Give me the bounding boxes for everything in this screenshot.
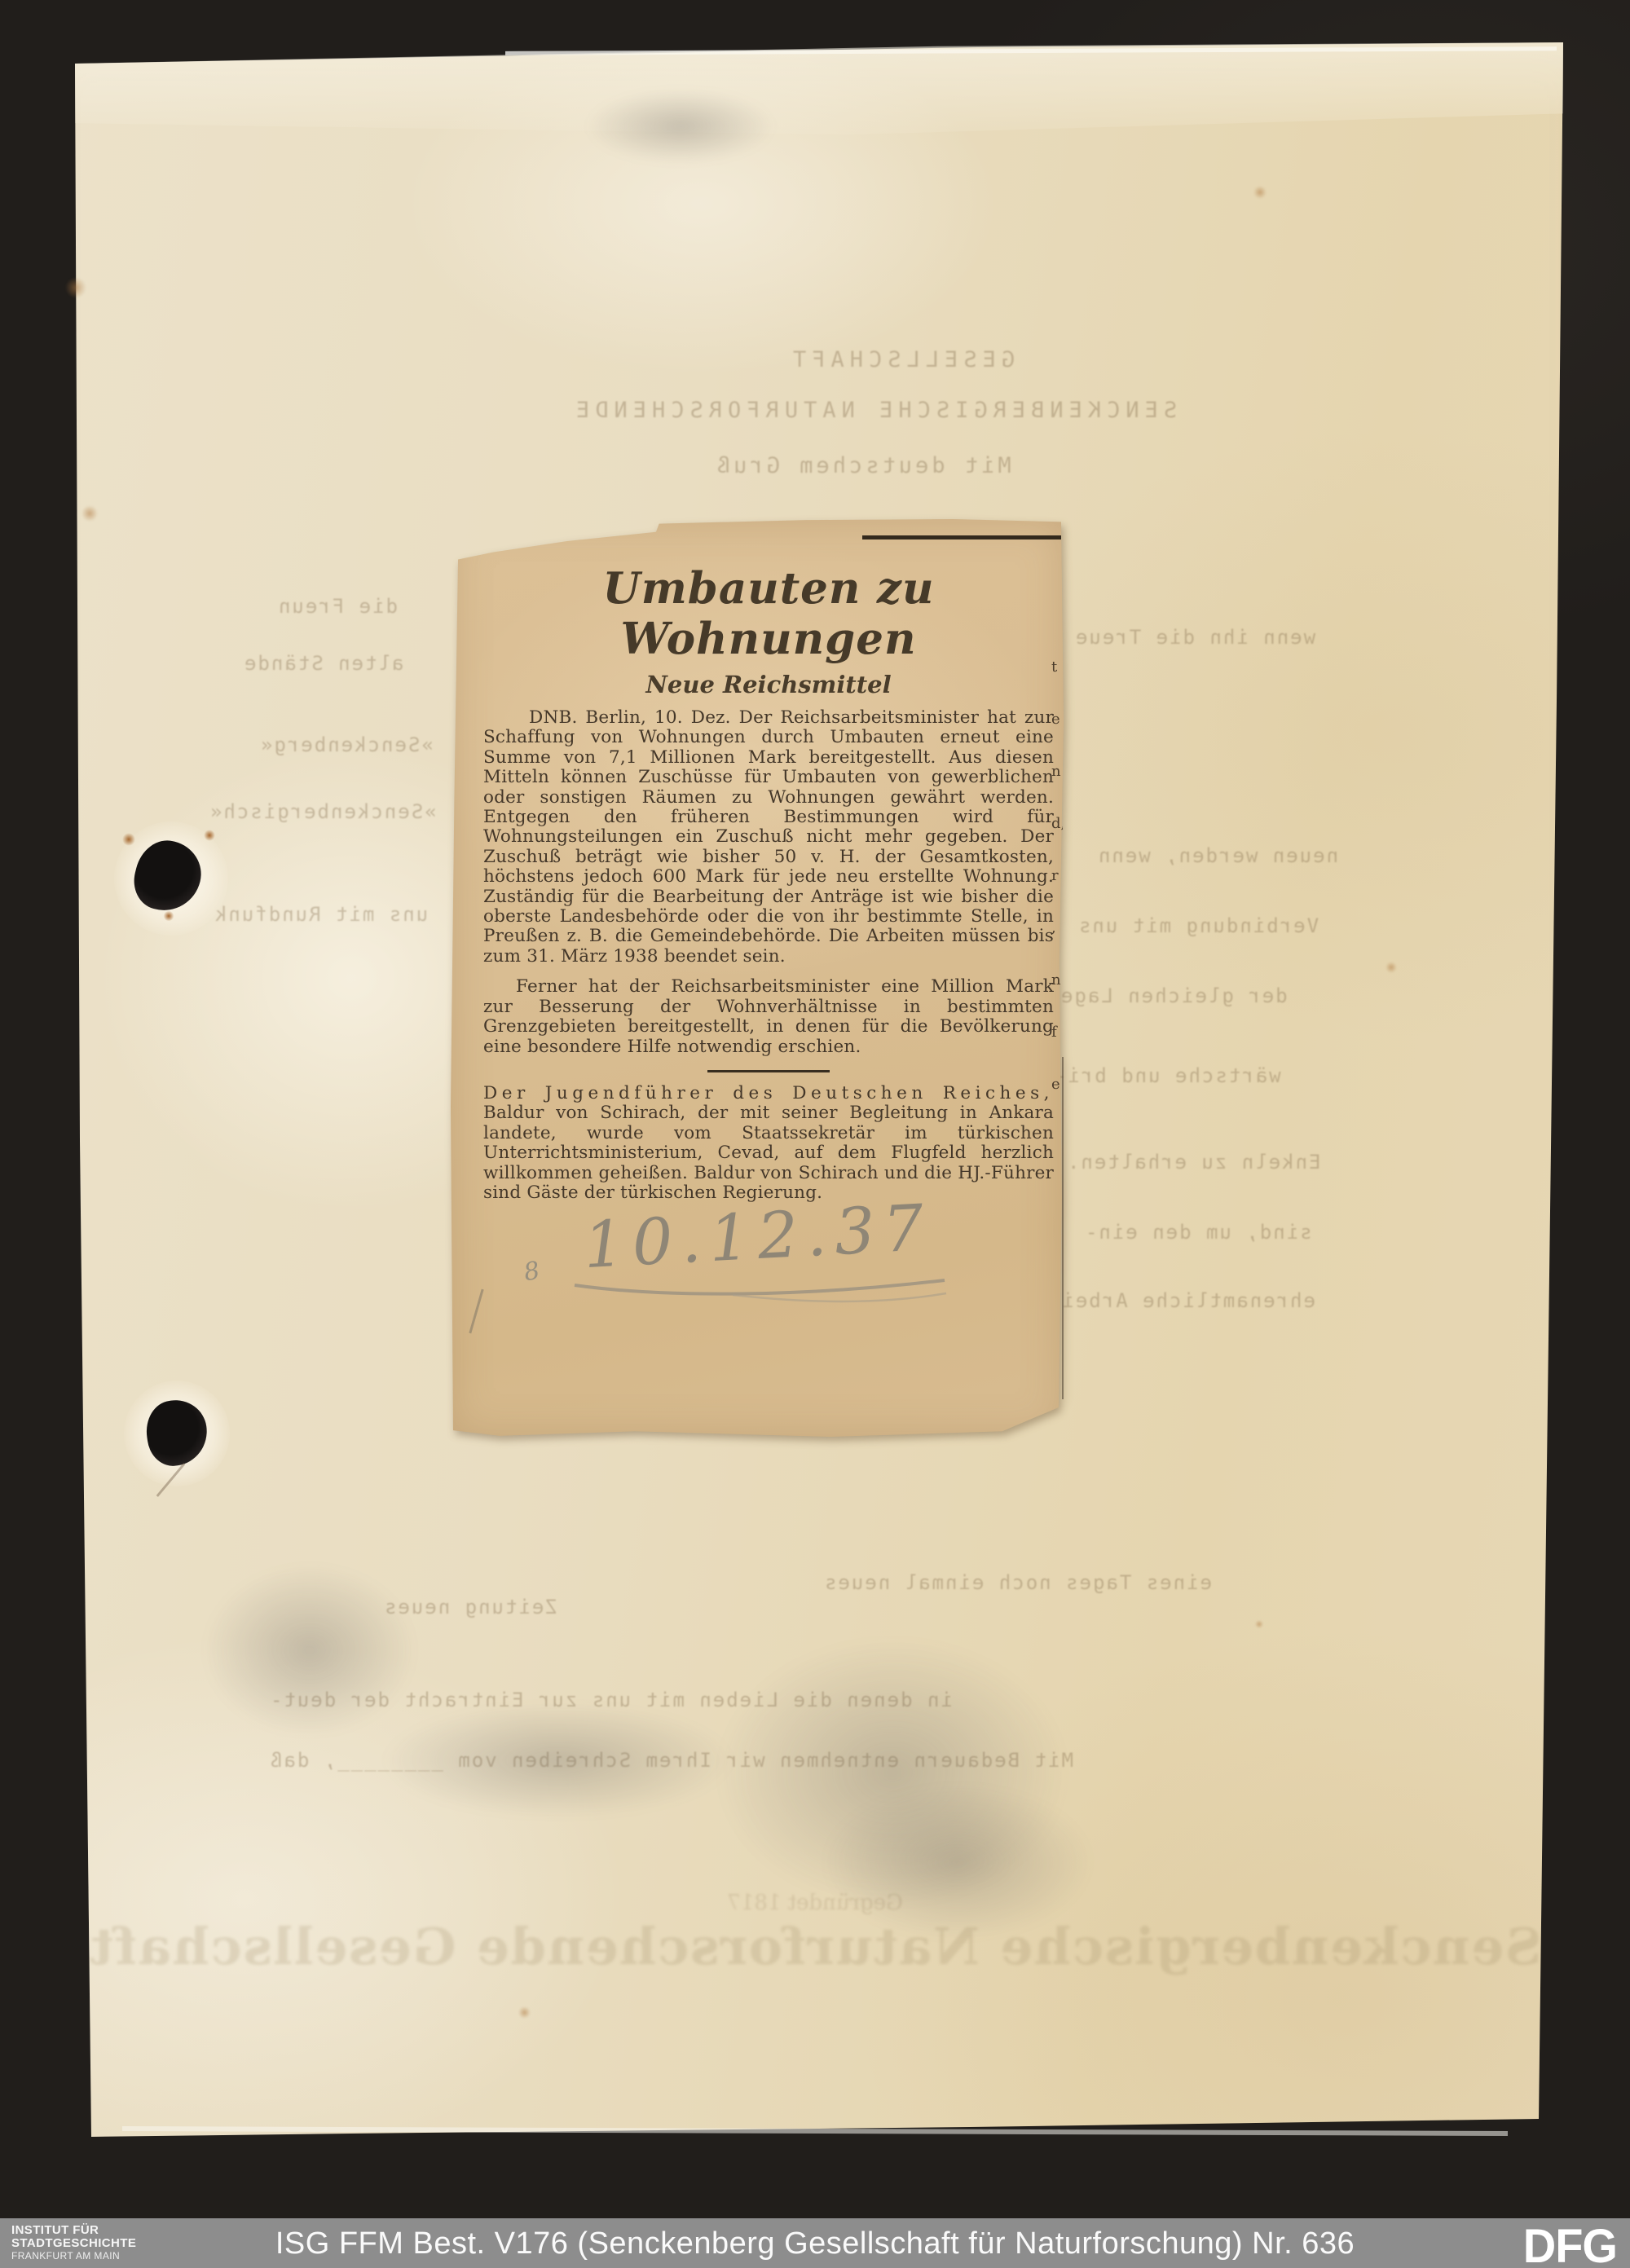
- clipping-headline: Umbauten zu Wohnungen: [483, 563, 1054, 664]
- clipping-cut-character: t: [1051, 641, 1063, 694]
- clipping-cut-character: r: [1051, 850, 1063, 902]
- foxing-spot: [1385, 962, 1397, 973]
- archive-reference-label: ISG FFM Best. V176 (Senckenberg Gesellsc…: [0, 2226, 1630, 2261]
- bleedthrough-typed-line: die Freun: [277, 595, 398, 618]
- foxing-spot: [518, 2006, 531, 2019]
- clipping-cut-characters: tend,r,nfe: [1051, 641, 1063, 1098]
- archive-footer-bar: INSTITUT FÜR STADTGESCHICHTE FRANKFURT A…: [0, 2218, 1630, 2268]
- clipping-paragraph: Der Jugendführer des Deutschen Reiches, …: [483, 1084, 1054, 1203]
- clipping-paragraph: Ferner hat der Reichsarbeitsminister ein…: [483, 977, 1054, 1057]
- foxing-spot: [65, 277, 86, 298]
- bleedthrough-typed-line: uns mit Rundfunk: [214, 903, 428, 926]
- clipping-cut-character: ,: [1051, 902, 1063, 954]
- bleedthrough-typed-line: Mit deutschem Gruß: [714, 453, 1011, 478]
- bleedthrough-typed-line: GESELLSCHAFT: [787, 347, 1015, 372]
- smudge-stain: [204, 1565, 416, 1736]
- newspaper-clipping: Umbauten zu Wohnungen Neue Reichsmittel …: [451, 519, 1064, 1437]
- bleedthrough-typed-line: Zeitung neues: [383, 1596, 557, 1618]
- rust-spot: [122, 833, 135, 846]
- bleedthrough-typed-line: sind, um den ein-: [1084, 1221, 1312, 1244]
- clipping-paragraph: DNB. Berlin, 10. Dez. Der Reichsarbeitsm…: [483, 708, 1054, 967]
- bleedthrough-typed-line: wenn ihn die Treue: [1074, 626, 1315, 649]
- bleedthrough-organization-line: Senckenbergische Naturforschende Gesells…: [0, 1917, 1630, 1976]
- bleedthrough-typed-line: »Senckenberg«: [259, 733, 434, 756]
- bleedthrough-founded-line: Gegründet 1817: [0, 1891, 1630, 1915]
- foxing-spot: [81, 505, 98, 522]
- clipping-subheadline: Neue Reichsmittel: [483, 671, 1054, 698]
- rust-spot: [163, 911, 174, 921]
- handwritten-date-underline: [570, 1271, 961, 1308]
- bleedthrough-typed-line: alten Stände: [243, 652, 403, 675]
- bleedthrough-typed-line: Verbindung mit uns: [1077, 914, 1319, 937]
- foxing-spot: [1253, 186, 1267, 199]
- bleedthrough-typed-line: ehrenamtliche Arbeit: [1047, 1289, 1315, 1312]
- foxing-spot: [1255, 1620, 1263, 1628]
- clipping-cut-character: n: [1051, 954, 1063, 1006]
- clipping-body: DNB. Berlin, 10. Dez. Der Reichsarbeitsm…: [483, 708, 1054, 1203]
- scan-stage: GESELLSCHAFTSENCKENBERGISCHE NATURFORSCH…: [0, 0, 1630, 2268]
- clipping-cut-edge-line: [1062, 1057, 1064, 1399]
- smudge-stain: [823, 1785, 1092, 1940]
- bleedthrough-typed-line: wärtsche und bri-: [1053, 1064, 1281, 1087]
- clipping-cut-character: f: [1051, 1006, 1063, 1059]
- bleedthrough-typed-line: neuen werden, wenn: [1097, 844, 1338, 867]
- bleedthrough-typed-line: Enkeln zu erhalten.: [1066, 1151, 1321, 1174]
- rust-spot: [204, 830, 215, 841]
- clipping-cut-character: e: [1051, 1059, 1063, 1098]
- clipping-cut-character: d,: [1051, 798, 1063, 850]
- bleedthrough-typed-line: »Senckenbergisch«: [209, 800, 437, 823]
- smudge-stain: [383, 1703, 733, 1817]
- bleedthrough-typed-line: SENCKENBERGISCHE NATURFORSCHENDE: [570, 398, 1177, 423]
- bleedthrough-typed-line: eines Tages noch einmal neues: [823, 1571, 1212, 1594]
- clipping-cut-character: e: [1051, 694, 1063, 746]
- dfg-logo: DFG: [1523, 2218, 1617, 2268]
- clipping-cut-character: n: [1051, 746, 1063, 798]
- smudge-stain: [587, 90, 774, 163]
- clipping-section-divider: [707, 1070, 830, 1072]
- bleedthrough-typed-line: der gleichen Lage: [1059, 984, 1288, 1007]
